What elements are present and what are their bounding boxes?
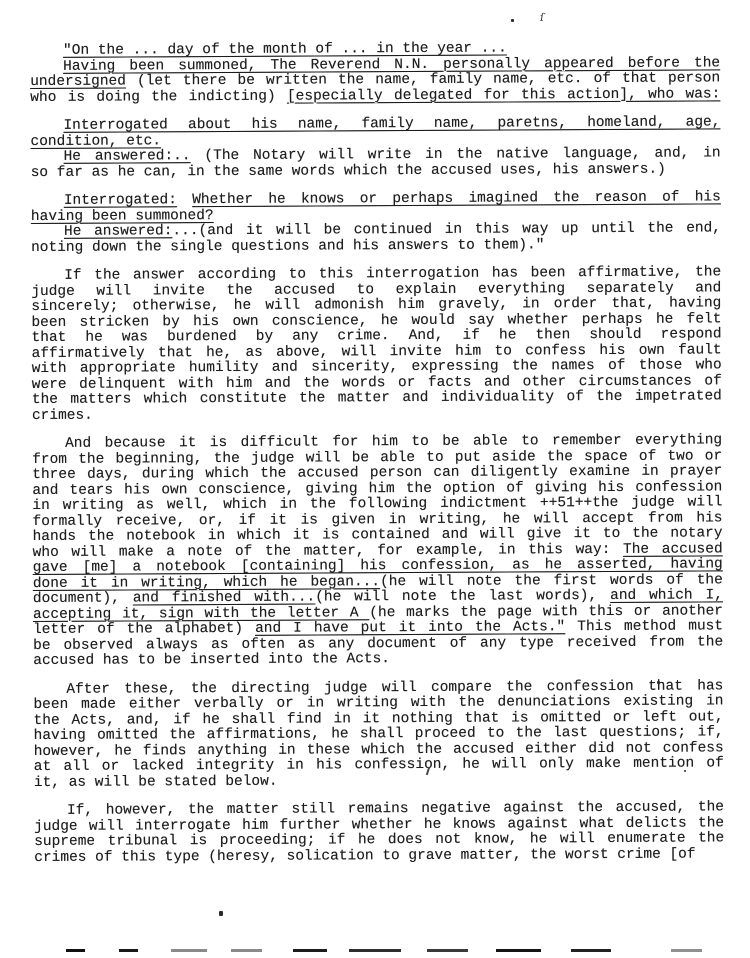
scan-edge-dash	[571, 949, 611, 952]
text-segment: document),	[33, 590, 133, 607]
underlined-text: He answered:..	[64, 148, 191, 165]
paragraph-affirmative-answer: If the answer according to this interrog…	[31, 265, 722, 424]
scan-edge-dash	[496, 949, 541, 952]
underlined-text: having been summoned?	[31, 208, 214, 225]
text-segment: the matters which constitute the matter …	[32, 388, 722, 408]
underlined-text: and finished with...	[133, 590, 315, 607]
scan-speck	[657, 681, 660, 684]
text-line: so far as he can, in the same words whic…	[31, 162, 721, 181]
scan-speck	[684, 770, 686, 772]
text-line: accused has to be inserted into the Acts…	[33, 650, 723, 669]
text-segment: it, as will be stated below.	[34, 773, 278, 790]
paragraph-interrogation-identity: Interrogated about his name, family name…	[30, 115, 720, 181]
underlined-text: [especially delegated for this action], …	[287, 86, 720, 104]
paragraph-confession-in-writing: And because it is difficult for him to b…	[32, 433, 723, 669]
scan-squiggle-mark: ſ	[539, 12, 545, 23]
text-segment: noting down the single questions and his…	[31, 237, 544, 256]
underlined-text: The accused	[623, 541, 723, 558]
underlined-text: He answered:	[64, 223, 173, 240]
text-line: noting down the single questions and his…	[31, 237, 721, 256]
scan-speck	[511, 19, 514, 22]
text-segment: This method must	[565, 618, 723, 635]
scan-edge-dash	[171, 949, 207, 952]
document-page: "On the ... day of the month of ... in t…	[0, 0, 750, 958]
text-segment: accused has to be inserted into the Acts…	[33, 651, 390, 669]
scan-edge-dash	[293, 949, 327, 952]
text-line: it, as will be stated below.	[34, 772, 724, 791]
text-segment: crimes.	[32, 407, 93, 423]
scan-edge-dash	[349, 949, 401, 952]
underlined-text: Interrogated:	[64, 192, 177, 209]
text-segment: so far as he can, in the same words whic…	[31, 161, 666, 180]
underlined-text: condition, etc.	[30, 133, 161, 150]
text-segment: letter of the alphabet)	[33, 621, 255, 638]
text-line: who is doing the indicting) [especially …	[30, 87, 720, 106]
text-segment	[177, 192, 192, 208]
scan-edge-dash	[231, 949, 262, 952]
underlined-text: and which I,	[610, 587, 723, 604]
scan-edge-dash	[119, 949, 138, 952]
text-segment: who is doing the indicting)	[30, 88, 287, 105]
scan-edge-dash	[671, 949, 702, 952]
underlined-text: Whether he knows or perhaps imagined the…	[192, 189, 721, 208]
text-segment: at all or lacked integrity in his confes…	[34, 755, 724, 775]
scan-edge-dash	[66, 949, 85, 952]
text-line: crimes of this type (heresy, solication …	[34, 847, 724, 866]
underlined-text: undersigned	[30, 73, 126, 90]
paragraph-formula-opening: "On the ... day of the month of ... in t…	[30, 40, 720, 106]
underlined-text: Interrogated about his name, family name…	[63, 114, 720, 133]
scan-edge-dash	[427, 949, 468, 952]
paragraph-negative-answer: If, however, the matter still remains ne…	[34, 800, 724, 866]
scan-speck	[219, 911, 223, 916]
text-segment: crimes of this type (heresy, solication …	[34, 846, 695, 865]
paragraph-comparison-with-acts: After these, the directing judge will co…	[33, 679, 724, 791]
document-text: "On the ... day of the month of ... in t…	[30, 40, 724, 879]
paragraph-interrogation-reason: Interrogated: Whether he knows or perhap…	[31, 190, 721, 256]
